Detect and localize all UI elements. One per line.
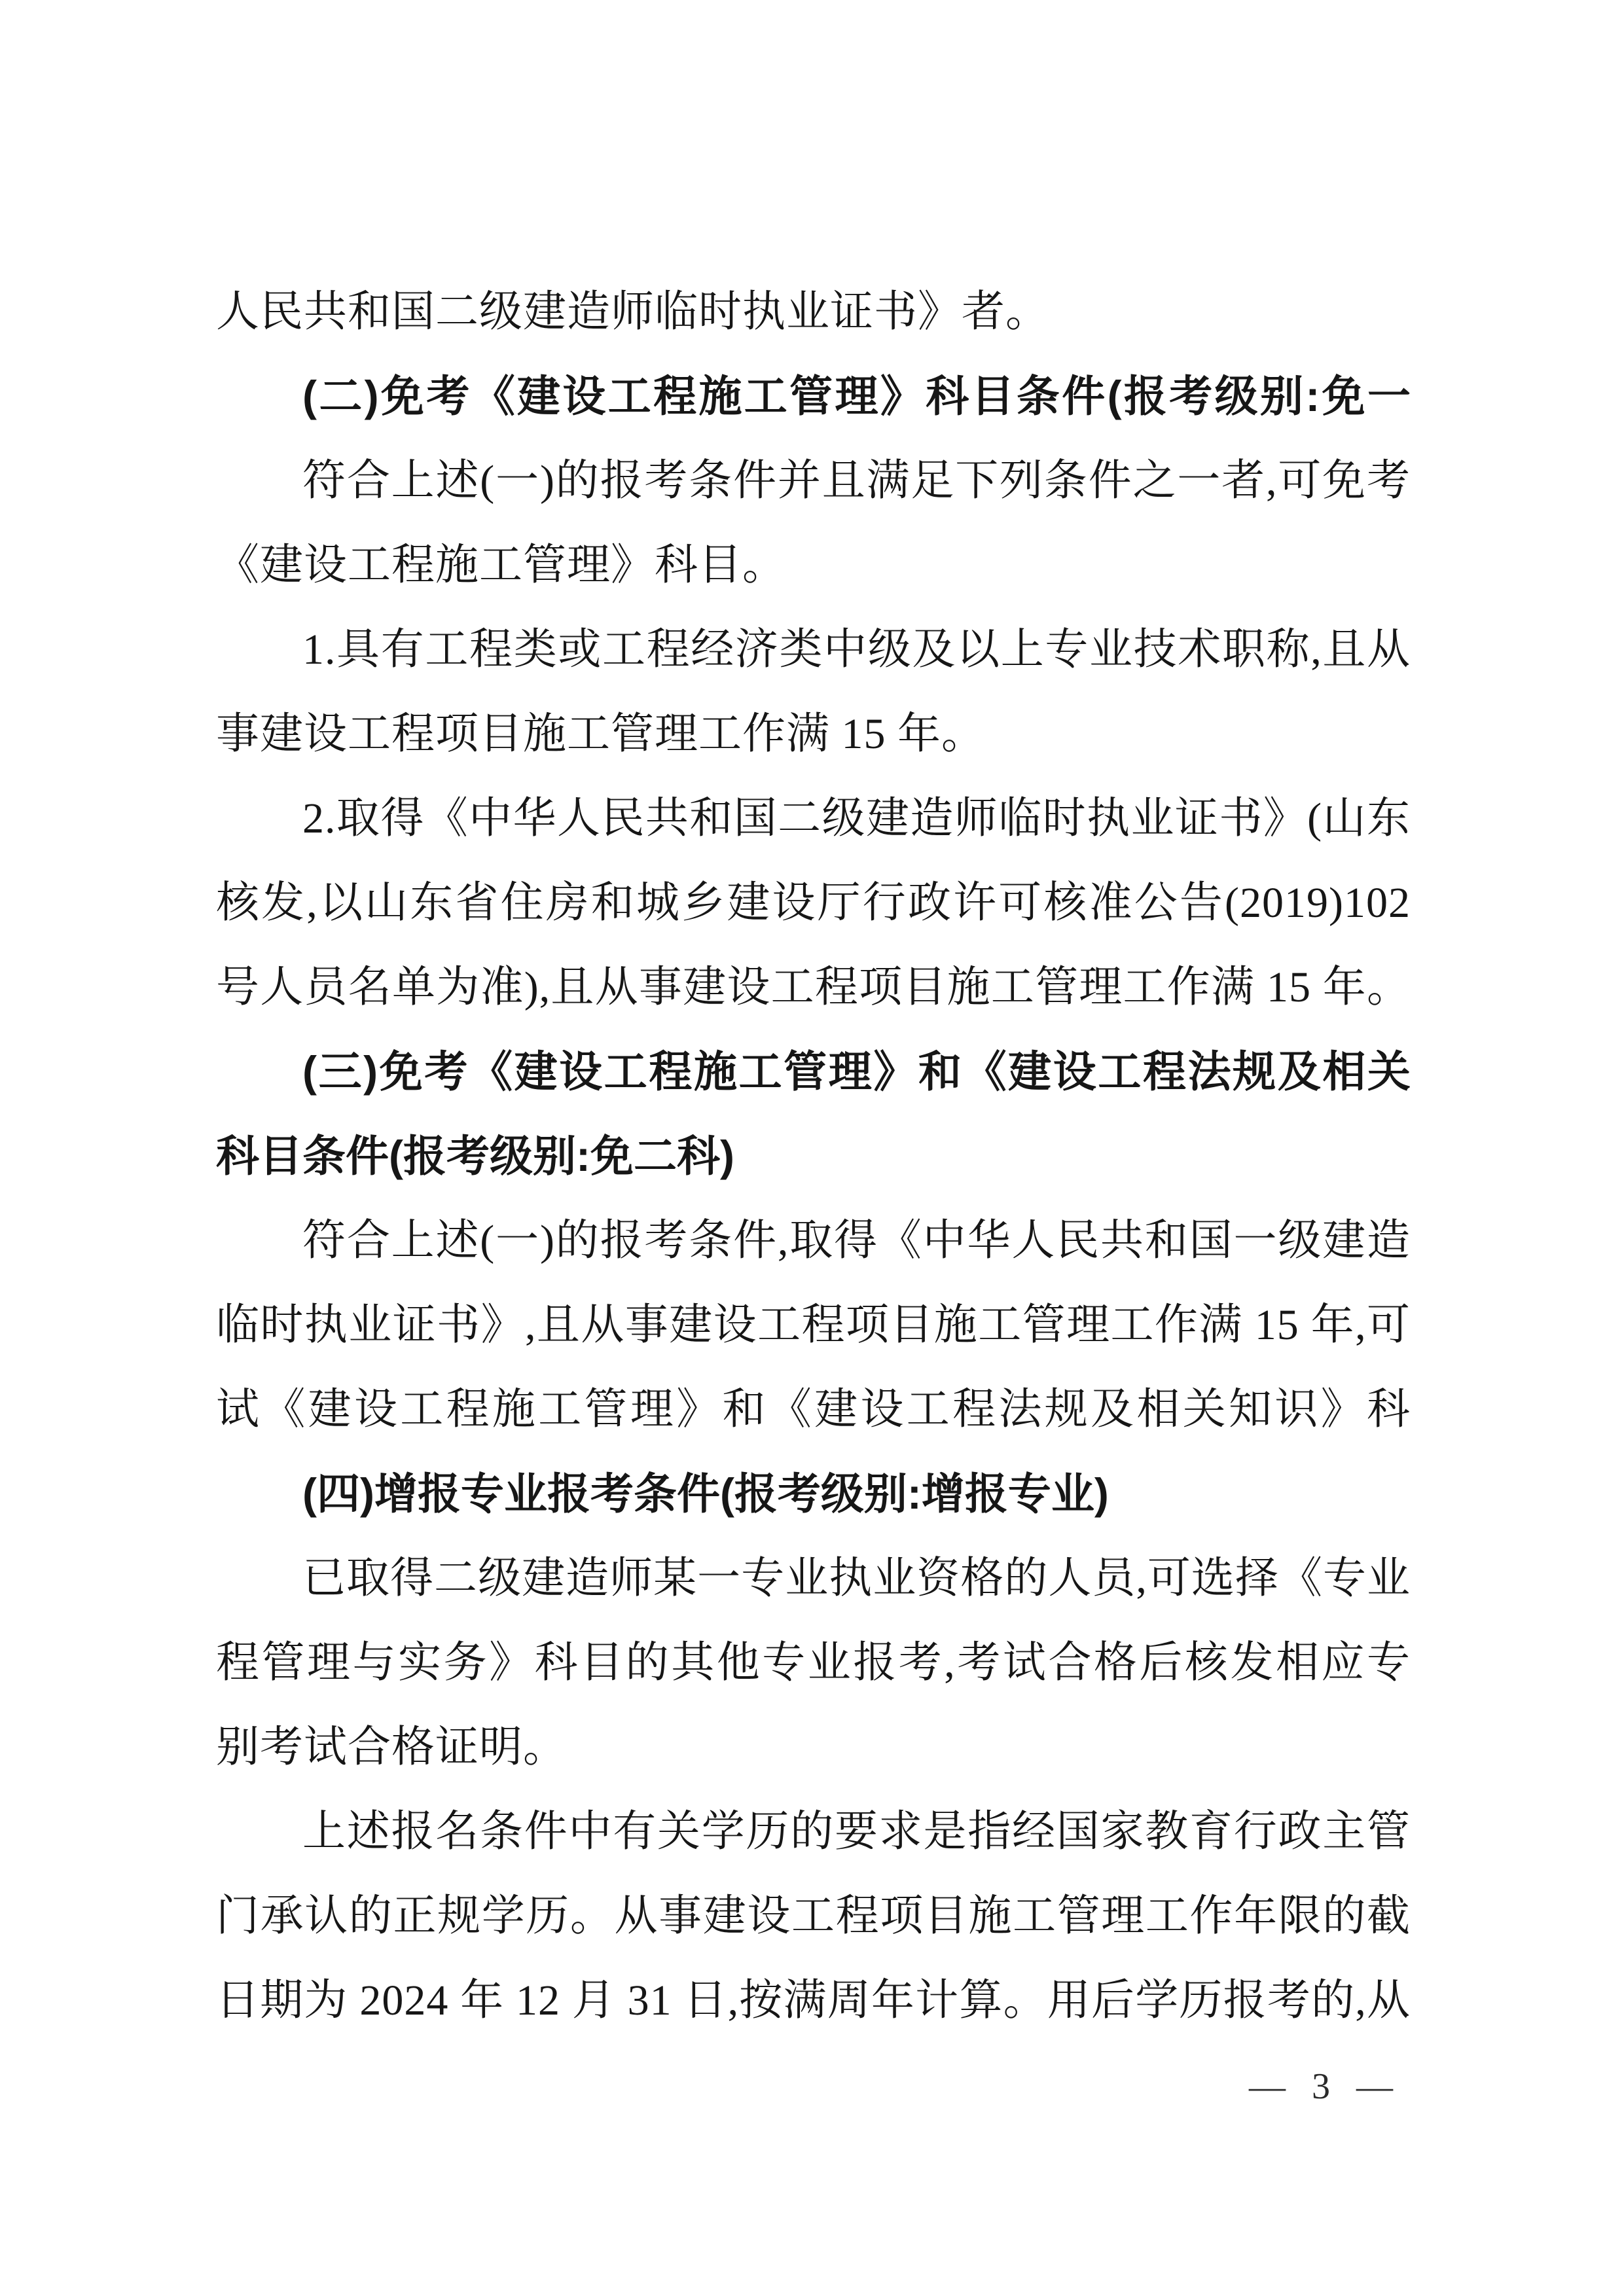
- paragraph-line: 别考试合格证明。: [216, 1705, 1411, 1789]
- section-heading-line: (四)增报专业报考条件(报考级别:增报专业): [216, 1452, 1411, 1536]
- list-item-line: 1.具有工程类或工程经济类中级及以上专业技术职称,且从: [216, 607, 1411, 692]
- section-heading-line: 科目条件(报考级别:免二科): [216, 1114, 1411, 1198]
- paragraph-line: 程管理与实务》科目的其他专业报考,考试合格后核发相应专业类: [216, 1621, 1411, 1705]
- paragraph-line: 上述报名条件中有关学历的要求是指经国家教育行政主管部: [216, 1789, 1411, 1874]
- section-heading-line: (二)免考《建设工程施工管理》科目条件(报考级别:免一科): [216, 354, 1411, 439]
- paragraph-line: 符合上述(一)的报考条件并且满足下列条件之一者,可免考: [216, 439, 1411, 523]
- paragraph-line: 人民共和国二级建造师临时执业证书》者。: [216, 270, 1411, 354]
- paragraph-line: 号人员名单为准),且从事建设工程项目施工管理工作满 15 年。: [216, 945, 1411, 1030]
- document-page: 人民共和国二级建造师临时执业证书》者。 (二)免考《建设工程施工管理》科目条件(…: [0, 0, 1624, 2296]
- paragraph-line: 核发,以山东省住房和城乡建设厅行政许可核准公告(2019)102: [216, 861, 1411, 945]
- paragraph-line: 事建设工程项目施工管理工作满 15 年。: [216, 692, 1411, 776]
- page-number: — 3 —: [1249, 2067, 1393, 2106]
- section-heading-line: (三)免考《建设工程施工管理》和《建设工程法规及相关知识》: [216, 1030, 1411, 1114]
- paragraph-line: 试《建设工程施工管理》和《建设工程法规及相关知识》科目。: [216, 1367, 1411, 1452]
- list-item-line: 2.取得《中华人民共和国二级建造师临时执业证书》(山东省: [216, 776, 1411, 861]
- document-body: 人民共和国二级建造师临时执业证书》者。 (二)免考《建设工程施工管理》科目条件(…: [216, 270, 1411, 2043]
- paragraph-line: 门承认的正规学历。从事建设工程项目施工管理工作年限的截止: [216, 1874, 1411, 1958]
- paragraph-line: 《建设工程施工管理》科目。: [216, 523, 1411, 607]
- paragraph-line: 已取得二级建造师某一专业执业资格的人员,可选择《专业工: [216, 1536, 1411, 1621]
- paragraph-line: 临时执业证书》,且从事建设工程项目施工管理工作满 15 年,可免: [216, 1283, 1411, 1367]
- paragraph-line: 日期为 2024 年 12 月 31 日,按满周年计算。用后学历报考的,从: [216, 1958, 1411, 2043]
- paragraph-line: 符合上述(一)的报考条件,取得《中华人民共和国一级建造师: [216, 1198, 1411, 1283]
